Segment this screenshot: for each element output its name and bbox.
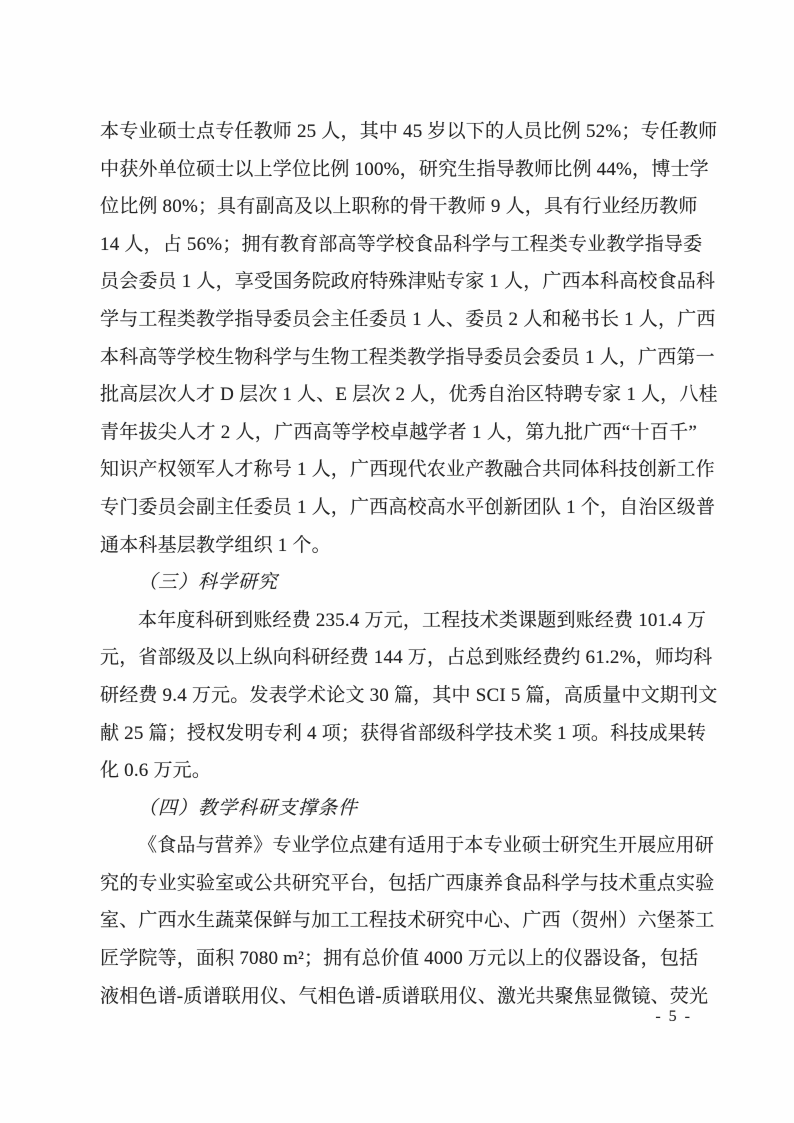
text-line: 室、广西水生蔬菜保鲜与加工工程技术研究中心、广西（贺州）六堡茶工 bbox=[100, 902, 697, 940]
text-line: 批高层次人才 D 层次 1 人、E 层次 2 人，优秀自治区特聘专家 1 人，八… bbox=[100, 376, 697, 414]
text-line: 专门委员会副主任委员 1 人，广西高校高水平创新团队 1 个，自治区级普 bbox=[100, 489, 697, 527]
text-line: 匠学院等，面积 7080 m²；拥有总价值 4000 万元以上的仪器设备，包括 bbox=[100, 940, 697, 978]
text-line: 元，省部级及以上纵向科研经费 144 万，占总到账经费约 61.2%，师均科 bbox=[100, 639, 697, 677]
text-line: 学与工程类教学指导委员会主任委员 1 人、委员 2 人和秘书长 1 人，广西 bbox=[100, 301, 697, 339]
section-heading-support-conditions: （四）教学科研支撑条件 bbox=[100, 790, 697, 828]
text-line: 青年拔尖人才 2 人，广西高等学校卓越学者 1 人，第九批广西“十百千” bbox=[100, 414, 697, 452]
text-line: 14 人，占 56%；拥有教育部高等学校食品科学与工程类专业教学指导委 bbox=[100, 226, 697, 264]
text-line: 本年度科研到账经费 235.4 万元，工程技术类课题到账经费 101.4 万 bbox=[100, 602, 697, 640]
text-line: 献 25 篇；授权发明专利 4 项；获得省部级科学技术奖 1 项。科技成果转 bbox=[100, 715, 697, 753]
text-line: 化 0.6 万元。 bbox=[100, 752, 697, 790]
section-heading-scientific-research: （三）科学研究 bbox=[100, 564, 697, 602]
text-line: 员会委员 1 人，享受国务院政府特殊津贴专家 1 人，广西本科高校食品科 bbox=[100, 263, 697, 301]
text-line: 通本科基层教学组织 1 个。 bbox=[100, 527, 697, 565]
text-line: 中获外单位硕士以上学位比例 100%，研究生指导教师比例 44%，博士学 bbox=[100, 151, 697, 189]
text-line: 本专业硕士点专任教师 25 人，其中 45 岁以下的人员比例 52%；专任教师 bbox=[100, 113, 697, 151]
page-number: - 5 - bbox=[100, 1005, 692, 1029]
text-line: 究的专业实验室或公共研究平台，包括广西康养食品科学与技术重点实验 bbox=[100, 865, 697, 903]
text-line: 研经费 9.4 万元。发表学术论文 30 篇，其中 SCI 5 篇，高质量中文期… bbox=[100, 677, 697, 715]
text-line: 本科高等学校生物科学与生物工程类教学指导委员会委员 1 人，广西第一 bbox=[100, 339, 697, 377]
page-body-text: 本专业硕士点专任教师 25 人，其中 45 岁以下的人员比例 52%；专任教师 … bbox=[100, 113, 697, 1015]
text-line: 知识产权领军人才称号 1 人，广西现代农业产教融合共同体科技创新工作 bbox=[100, 451, 697, 489]
text-line: 《食品与营养》专业学位点建有适用于本专业硕士研究生开展应用研 bbox=[100, 827, 697, 865]
document-page: 本专业硕士点专任教师 25 人，其中 45 岁以下的人员比例 52%；专任教师 … bbox=[0, 0, 794, 1123]
text-line: 位比例 80%；具有副高及以上职称的骨干教师 9 人，具有行业经历教师 bbox=[100, 188, 697, 226]
